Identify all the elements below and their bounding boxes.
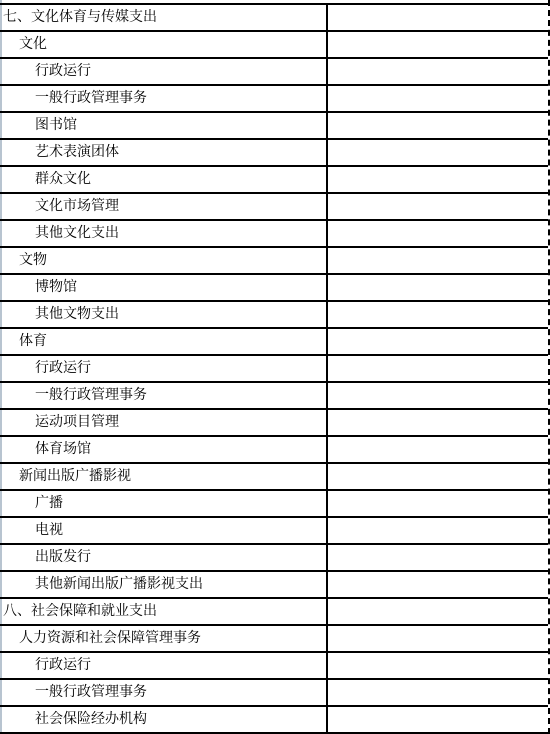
category-cell[interactable]: 一般行政管理事务	[0, 680, 361, 705]
table-row: 行政运行	[0, 651, 548, 678]
category-cell[interactable]: 体育	[0, 329, 345, 354]
amount-cell[interactable]	[326, 140, 548, 165]
amount-cell[interactable]	[326, 32, 548, 57]
category-cell[interactable]: 其他新闻出版广播影视支出	[0, 572, 361, 597]
amount-cell[interactable]	[326, 491, 548, 516]
amount-cell[interactable]	[326, 518, 548, 543]
table-row: 图书馆	[0, 111, 548, 138]
category-cell[interactable]: 七、文化体育与传媒支出	[0, 5, 329, 30]
table-row: 其他文化支出	[0, 219, 548, 246]
table-row: 新闻出版广播影视	[0, 462, 548, 489]
table-row: 其他新闻出版广播影视支出	[0, 570, 548, 597]
category-cell[interactable]: 行政运行	[0, 356, 361, 381]
table-row: 行政运行	[0, 354, 548, 381]
table-row: 其他文物支出	[0, 300, 548, 327]
table-row: 一般行政管理事务	[0, 678, 548, 705]
table-row: 体育场馆	[0, 435, 548, 462]
table-row: 七、文化体育与传媒支出	[0, 3, 548, 30]
amount-cell[interactable]	[326, 329, 548, 354]
category-cell[interactable]: 出版发行	[0, 545, 361, 570]
amount-cell[interactable]	[326, 248, 548, 273]
category-cell[interactable]: 文物	[0, 248, 345, 273]
category-cell[interactable]: 体育场馆	[0, 437, 361, 462]
amount-cell[interactable]	[326, 410, 548, 435]
category-cell[interactable]: 其他文化支出	[0, 221, 361, 246]
table-row: 出版发行	[0, 543, 548, 570]
amount-cell[interactable]	[326, 302, 548, 327]
table-row: 一般行政管理事务	[0, 381, 548, 408]
category-cell[interactable]: 社会保险经办机构	[0, 707, 361, 732]
amount-cell[interactable]	[326, 626, 548, 651]
amount-cell[interactable]	[326, 707, 548, 732]
category-cell[interactable]: 文化市场管理	[0, 194, 361, 219]
table-row: 文物	[0, 246, 548, 273]
category-cell[interactable]: 其他文物支出	[0, 302, 361, 327]
table-row: 社会保险经办机构	[0, 705, 548, 734]
expenditure-table: 七、文化体育与传媒支出 文化 行政运行 一般行政管理事务 图书馆 艺术表演团体 …	[0, 3, 548, 734]
amount-cell[interactable]	[326, 464, 548, 489]
amount-cell[interactable]	[326, 275, 548, 300]
amount-cell[interactable]	[326, 653, 548, 678]
category-cell[interactable]: 八、社会保障和就业支出	[0, 599, 329, 624]
category-cell[interactable]: 文化	[0, 32, 345, 57]
category-cell[interactable]: 运动项目管理	[0, 410, 361, 435]
category-cell[interactable]: 广播	[0, 491, 361, 516]
table-row: 广播	[0, 489, 548, 516]
table-row: 人力资源和社会保障管理事务	[0, 624, 548, 651]
amount-cell[interactable]	[326, 5, 548, 30]
amount-cell[interactable]	[326, 599, 548, 624]
category-cell[interactable]: 一般行政管理事务	[0, 383, 361, 408]
category-cell[interactable]: 博物馆	[0, 275, 361, 300]
table-row: 行政运行	[0, 57, 548, 84]
category-cell[interactable]: 行政运行	[0, 653, 361, 678]
table-row: 文化市场管理	[0, 192, 548, 219]
table-row: 博物馆	[0, 273, 548, 300]
amount-cell[interactable]	[326, 167, 548, 192]
amount-cell[interactable]	[326, 221, 548, 246]
table-row: 文化	[0, 30, 548, 57]
table-row: 艺术表演团体	[0, 138, 548, 165]
amount-cell[interactable]	[326, 383, 548, 408]
amount-cell[interactable]	[326, 86, 548, 111]
amount-cell[interactable]	[326, 572, 548, 597]
table-row: 体育	[0, 327, 548, 354]
category-cell[interactable]: 一般行政管理事务	[0, 86, 361, 111]
category-cell[interactable]: 艺术表演团体	[0, 140, 361, 165]
category-cell[interactable]: 电视	[0, 518, 361, 543]
amount-cell[interactable]	[326, 680, 548, 705]
category-cell[interactable]: 人力资源和社会保障管理事务	[0, 626, 345, 651]
category-cell[interactable]: 图书馆	[0, 113, 361, 138]
table-row: 电视	[0, 516, 548, 543]
table-row: 一般行政管理事务	[0, 84, 548, 111]
table-row: 运动项目管理	[0, 408, 548, 435]
table-row: 八、社会保障和就业支出	[0, 597, 548, 624]
category-cell[interactable]: 行政运行	[0, 59, 361, 84]
amount-cell[interactable]	[326, 59, 548, 84]
amount-cell[interactable]	[326, 356, 548, 381]
amount-cell[interactable]	[326, 545, 548, 570]
category-cell[interactable]: 新闻出版广播影视	[0, 464, 345, 489]
amount-cell[interactable]	[326, 194, 548, 219]
amount-cell[interactable]	[326, 437, 548, 462]
category-cell[interactable]: 群众文化	[0, 167, 361, 192]
amount-cell[interactable]	[326, 113, 548, 138]
table-row: 群众文化	[0, 165, 548, 192]
